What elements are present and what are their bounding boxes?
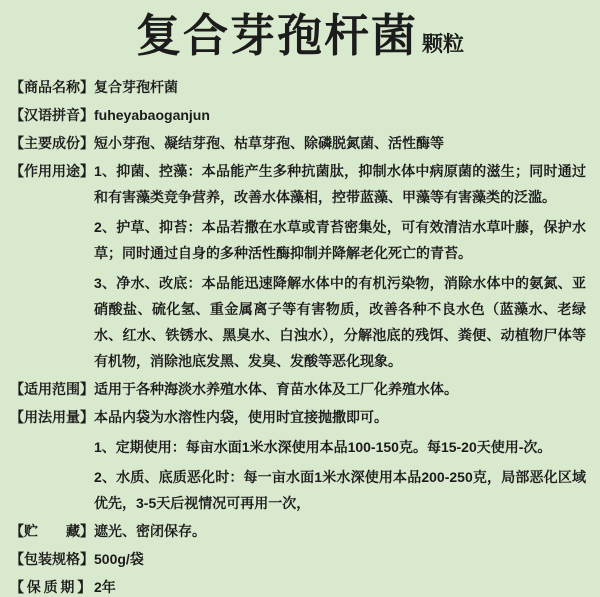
section-label: 【 保 质 期 】 [10,574,94,597]
section-package-spec: 【包装规格】 500g/袋 [0,546,600,572]
section-content: 复合芽孢杆菌 [94,74,586,100]
paragraph: 短小芽孢、凝结芽孢、枯草芽孢、除磷脱氮菌、活性酶等 [94,130,586,156]
paragraph: 1、定期使用：每亩水面1米水深使用本品100-150克。每15-20天使用-次。 [94,434,586,460]
paragraph: 2、护草、抑苔：本品若撒在水草或青苔密集处，可有效清洁水草叶藤，保护水草；同时通… [94,214,586,266]
section-functions: 【作用用途】 1、抑菌、控藻：本品能产生多种抗菌肽，抑制水体中病原菌的滋生；同时… [0,158,600,374]
section-label: 【贮 藏】 [10,518,94,544]
section-pinyin: 【汉语拼音】 fuheyabaoganjun [0,102,600,128]
paragraph: 复合芽孢杆菌 [94,74,586,100]
section-label: 【适用范围】 [10,376,94,402]
section-content: 500g/袋 [94,546,586,572]
section-label: 【主要成份】 [10,130,94,156]
product-title: 复合芽孢杆菌颗粒 [0,10,600,62]
section-label: 【包装规格】 [10,546,94,572]
section-content: 遮光、密闭保存。 [94,518,586,544]
section-shelf-life: 【 保 质 期 】 2年 [0,574,600,597]
section-ingredients: 【主要成份】 短小芽孢、凝结芽孢、枯草芽孢、除磷脱氮菌、活性酶等 [0,130,600,156]
paragraph: 适用于各种海淡水养殖水体、育苗水体及工厂化养殖水体。 [94,376,586,402]
section-product-name: 【商品名称】 复合芽孢杆菌 [0,74,600,100]
section-content: 本品内袋为水溶性内袋，使用时宜接抛撒即可。 1、定期使用：每亩水面1米水深使用本… [94,404,586,516]
section-label: 【作用用途】 [10,158,94,184]
section-label: 【用法用量】 [10,404,94,430]
section-application-scope: 【适用范围】 适用于各种海淡水养殖水体、育苗水体及工厂化养殖水体。 [0,376,600,402]
section-storage: 【贮 藏】 遮光、密闭保存。 [0,518,600,544]
product-title-suffix: 颗粒 [422,33,464,56]
paragraph: 3、净水、改底：本品能迅速降解水体中的有机污染物，消除水体中的氨氮、亚硝酸盐、硫… [94,270,586,374]
paragraph: 1、抑菌、控藻：本品能产生多种抗菌肽，抑制水体中病原菌的滋生；同时通过和有害藻类… [94,158,586,210]
paragraph: 2年 [94,574,586,597]
section-label: 【商品名称】 [10,74,94,100]
section-content: 短小芽孢、凝结芽孢、枯草芽孢、除磷脱氮菌、活性酶等 [94,130,586,156]
section-content: 2年 [94,574,586,597]
product-label-page: 复合芽孢杆菌颗粒 【商品名称】 复合芽孢杆菌 【汉语拼音】 fuheyabaog… [0,0,600,597]
paragraph: 500g/袋 [94,546,586,572]
section-content: fuheyabaoganjun [94,102,586,128]
paragraph: 遮光、密闭保存。 [94,518,586,544]
product-title-main: 复合芽孢杆菌 [136,10,418,61]
section-label: 【汉语拼音】 [10,102,94,128]
section-content: 适用于各种海淡水养殖水体、育苗水体及工厂化养殖水体。 [94,376,586,402]
paragraph: 本品内袋为水溶性内袋，使用时宜接抛撒即可。 [94,404,586,430]
section-usage-dosage: 【用法用量】 本品内袋为水溶性内袋，使用时宜接抛撒即可。 1、定期使用：每亩水面… [0,404,600,516]
paragraph: fuheyabaoganjun [94,102,586,128]
paragraph: 2、水质、底质恶化时：每一亩水面1米水深使用本品200-250克，局部恶化区域优… [94,464,586,516]
section-content: 1、抑菌、控藻：本品能产生多种抗菌肽，抑制水体中病原菌的滋生；同时通过和有害藻类… [94,158,586,374]
